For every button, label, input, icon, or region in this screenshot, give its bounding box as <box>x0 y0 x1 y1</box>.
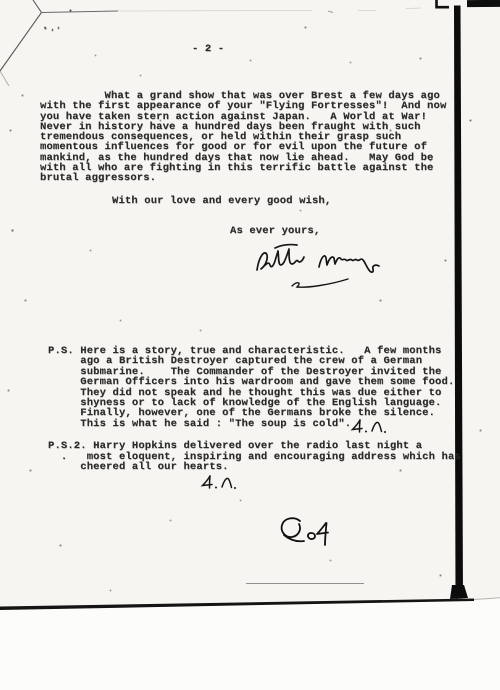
ps2-initials-handwritten <box>200 474 238 491</box>
top-right-edge-bar <box>467 0 500 7</box>
ink-speck <box>58 27 59 28</box>
binder-shadow-flare <box>450 585 468 599</box>
ink-speck <box>52 29 54 31</box>
page-number: - 2 - <box>192 44 224 54</box>
fold-crease-diagonal <box>0 0 42 71</box>
signature-flourish <box>289 276 351 290</box>
fold-crease-lower <box>0 71 9 86</box>
archive-mark-q04 <box>276 515 334 551</box>
crease-dash-3 <box>406 8 421 9</box>
scanned-letter-page: - 2 - What a grand show that was over Br… <box>0 0 500 690</box>
crease-dash-1 <box>328 11 333 13</box>
fold-crease-horizontal <box>42 11 119 13</box>
letter-body-paragraph: What a grand show that was over Brest a … <box>40 91 446 184</box>
page-bottom-edge-faint <box>474 598 500 600</box>
ps1-block: P.S. Here is a story, true and character… <box>48 346 454 429</box>
corner-bracket-mark <box>437 0 450 7</box>
signoff-line: As ever yours, <box>230 226 320 236</box>
ink-speck <box>44 27 46 29</box>
separator-rule <box>246 583 364 584</box>
ps2-block: P.S.2. Harry Hopkins delivered over the … <box>48 441 461 473</box>
closing-salutation: With our love and every good wish, <box>112 196 331 206</box>
scanner-background <box>0 599 500 690</box>
fold-crease-horizontal-faint <box>118 11 312 12</box>
ink-speck <box>70 10 72 12</box>
page-bottom-edge <box>0 599 474 611</box>
binder-shadow-band <box>454 6 463 600</box>
ps1-initials-handwritten <box>350 418 388 435</box>
paper-speckles <box>0 0 1 1</box>
